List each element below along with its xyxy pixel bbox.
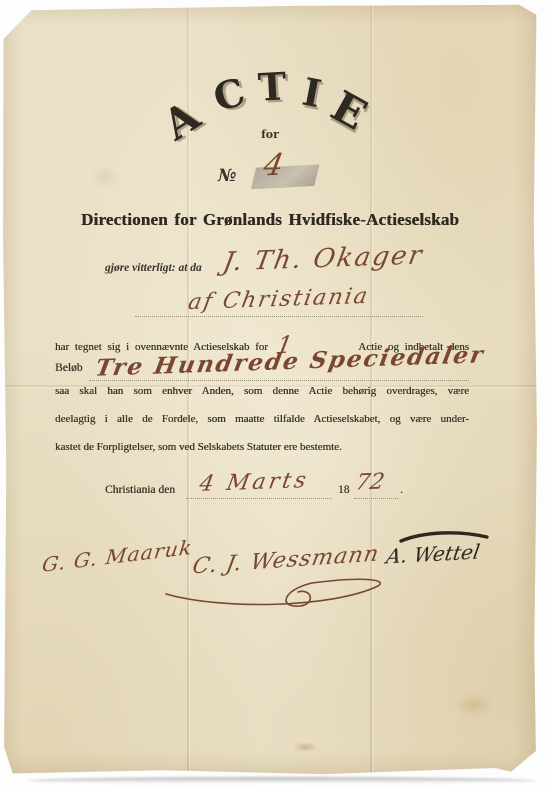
amount-label: Beløb (55, 362, 82, 374)
signature-middle: C. J. Wessmann (194, 548, 378, 573)
body-text: deelagtig i alle de Fordele, som maatte … (55, 413, 469, 425)
signature-right: A. Wettel (387, 542, 479, 566)
issuer-heading: Directionen for Grønlands Hvidfiske-Acti… (2, 210, 538, 230)
body-text: saa skal han som enhver Anden, som denne… (55, 385, 469, 397)
year-dotted-line: 72 (354, 472, 398, 499)
signature-left-name: G. G. Maaruk (41, 535, 194, 577)
year-suffix: . (400, 484, 403, 496)
holder-origin-handwritten: af Christiania (186, 284, 371, 315)
date-handwritten: 4 Marts (197, 468, 310, 497)
amount-row: Beløb Tre Hundrede Speciedaler (55, 354, 469, 384)
title-letter: T (257, 63, 288, 109)
attest-row: gjøre vitterligt: at da J. Th. Okager (2, 242, 538, 288)
date-dotted-line: 4 Marts (186, 472, 332, 499)
paper-stain (454, 692, 494, 718)
title-letter: I (299, 69, 325, 117)
share-number-row: № 4 (2, 158, 538, 198)
numero-sign: № (218, 166, 236, 186)
signature-middle-name: C. J. Wessmann (190, 542, 381, 580)
holder-origin-line: af Christiania (135, 288, 423, 317)
scan-background: A C T I E for № 4 Directionen for Grønla… (0, 0, 550, 790)
year-handwritten: 72 (354, 470, 387, 496)
place-date-label: Christiania den (105, 484, 175, 496)
paper-stain (292, 742, 318, 752)
amount-dotted-line: Tre Hundrede Speciedaler (89, 354, 469, 381)
scanner-shadow (28, 777, 536, 784)
year-prefix: 18 (338, 484, 350, 496)
signature-left: G. G. Maaruk (44, 544, 191, 568)
title-letter: A (154, 91, 208, 150)
attest-label: gjøre vitterligt: at da (105, 262, 202, 274)
certificate-paper: A C T I E for № 4 Directionen for Grønla… (2, 4, 538, 778)
signatures-row: G. G. Maaruk C. J. Wessmann A. Wettel (2, 532, 538, 622)
date-row: Christiania den 4 Marts 18 72 . (2, 472, 538, 508)
body-text: kastet de Forpligtelser, som ved Selskab… (55, 441, 469, 453)
for-label: for (2, 128, 538, 141)
holder-name-handwritten: J. Th. Okager (221, 241, 426, 278)
signature-right-name: A. Wettel (385, 540, 482, 569)
title-letter: C (208, 69, 249, 121)
